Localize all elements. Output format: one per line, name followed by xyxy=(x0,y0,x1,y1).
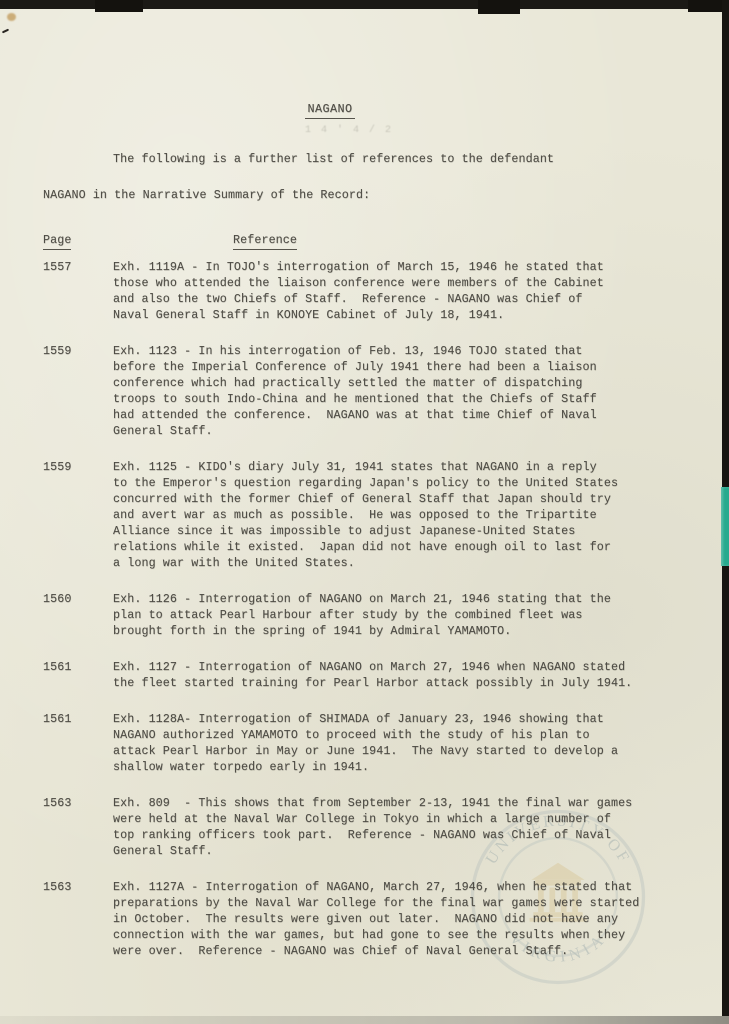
table-row: 1559 Exh. 1125 - KIDO's diary July 31, 1… xyxy=(43,459,693,571)
title-wrap: NAGANO xyxy=(0,99,660,119)
entry-page: 1559 xyxy=(43,343,113,439)
table-column-headers: Page Reference xyxy=(43,232,297,250)
column-header-page: Page xyxy=(43,232,71,250)
paper-stain xyxy=(7,13,16,21)
column-header-reference: Reference xyxy=(233,232,297,250)
scan-border-top-segment xyxy=(478,0,520,14)
entry-page: 1563 xyxy=(43,795,113,859)
entry-reference: Exh. 1119A - In TOJO's interrogation of … xyxy=(113,259,604,323)
document-title: NAGANO xyxy=(305,102,354,119)
entry-page: 1561 xyxy=(43,659,113,691)
table-row: 1559 Exh. 1123 - In his interrogation of… xyxy=(43,343,693,439)
entry-page: 1561 xyxy=(43,711,113,775)
teal-bookmark-tab xyxy=(721,487,729,566)
table-row: 1563 Exh. 1127A - Interrogation of NAGAN… xyxy=(43,879,693,959)
entry-reference: Exh. 809 - This shows that from Septembe… xyxy=(113,795,632,859)
typewriter-smudge: 1 4 ' 4 / 2 xyxy=(305,125,393,136)
table-row: 1557 Exh. 1119A - In TOJO's interrogatio… xyxy=(43,259,693,323)
scan-edge-bottom xyxy=(0,1016,729,1024)
entry-page: 1557 xyxy=(43,259,113,323)
entry-reference: Exh. 1125 - KIDO's diary July 31, 1941 s… xyxy=(113,459,618,571)
entry-page: 1563 xyxy=(43,879,113,959)
document-content: NAGANO 1 4 ' 4 / 2 The following is a fu… xyxy=(0,0,729,1024)
table-row: 1561 Exh. 1128A- Interrogation of SHIMAD… xyxy=(43,711,693,775)
reference-table-body: 1557 Exh. 1119A - In TOJO's interrogatio… xyxy=(43,259,693,979)
scan-border-top-segment xyxy=(95,0,143,12)
table-row: 1560 Exh. 1126 - Interrogation of NAGANO… xyxy=(43,591,693,639)
table-row: 1561 Exh. 1127 - Interrogation of NAGANO… xyxy=(43,659,693,691)
entry-page: 1560 xyxy=(43,591,113,639)
entry-reference: Exh. 1128A- Interrogation of SHIMADA of … xyxy=(113,711,618,775)
entry-reference: Exh. 1127 - Interrogation of NAGANO on M… xyxy=(113,659,632,691)
column-header-page-cell: Page xyxy=(43,232,233,250)
entry-reference: Exh. 1127A - Interrogation of NAGANO, Ma… xyxy=(113,879,639,959)
table-row: 1563 Exh. 809 - This shows that from Sep… xyxy=(43,795,693,859)
entry-page: 1559 xyxy=(43,459,113,571)
entry-reference: Exh. 1126 - Interrogation of NAGANO on M… xyxy=(113,591,611,639)
intro-paragraph-line-2: NAGANO in the Narrative Summary of the R… xyxy=(43,187,370,203)
entry-reference: Exh. 1123 - In his interrogation of Feb.… xyxy=(113,343,597,439)
scanned-document-page: UNIVERSITY OF VIRGINIA NAGANO 1 4 ' 4 / … xyxy=(0,0,729,1024)
column-header-reference-cell: Reference xyxy=(233,232,297,250)
intro-paragraph-line-1: The following is a further list of refer… xyxy=(113,151,554,167)
